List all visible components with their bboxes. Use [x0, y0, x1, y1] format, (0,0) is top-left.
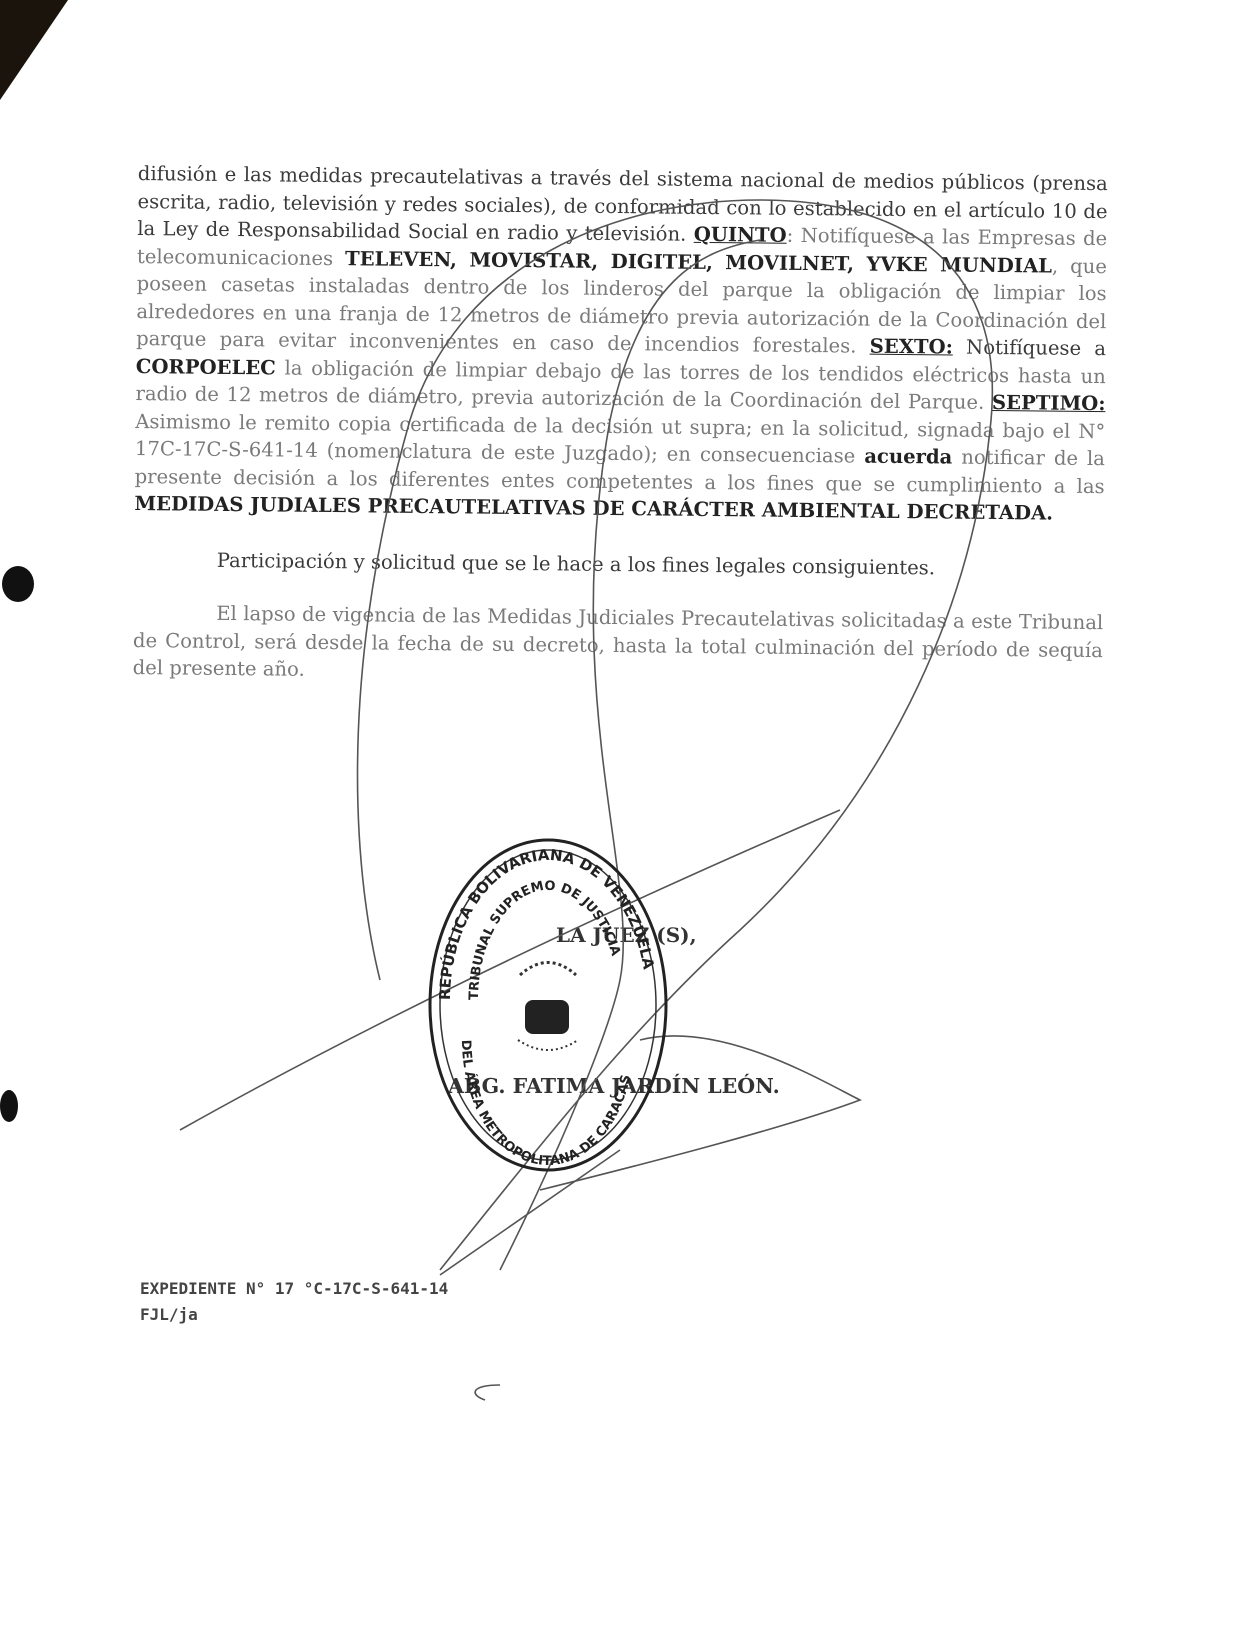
corpoelec-name: CORPOELEC [136, 354, 276, 378]
punch-hole-top [2, 566, 34, 602]
document-body: difusión e las medidas precautelativas a… [133, 160, 1108, 692]
judge-name: ABG. FATIMA JARDÍN LEÓN. [448, 1074, 780, 1098]
medidas-decretadas: MEDIDAS JUDIALES PRECAUTELATIVAS DE CARÁ… [134, 492, 1053, 525]
paragraph-lapso: El lapso de vigencia de las Medidas Judi… [133, 599, 1104, 692]
coat-of-arms-icon [518, 963, 578, 1051]
paragraph-resolution: difusión e las medidas precautelativas a… [134, 160, 1108, 528]
paragraph-participacion: Participación y solicitud que se le hace… [134, 545, 1104, 583]
companies-list: TELEVEN, MOVISTAR, DIGITEL, MOVILNET, YV… [345, 247, 1052, 277]
expediente-number: EXPEDIENTE N° 17 °C-17C-S-641-14 [140, 1276, 448, 1302]
punch-hole-bottom [0, 1090, 18, 1122]
acuerda-word: acuerda [864, 445, 952, 469]
svg-text:DEL ÁREA METROPOLITANA DE CARA: DEL ÁREA METROPOLITANA DE CARACAS [458, 1040, 634, 1170]
septimo-label: SEPTIMO: [992, 391, 1106, 415]
quinto-label: QUINTO [694, 223, 787, 247]
sexto-label: SEXTO: [870, 335, 953, 359]
document-footer: EXPEDIENTE N° 17 °C-17C-S-641-14 FJL/ja [140, 1276, 448, 1328]
court-stamp: REPÚBLICA BOLIVARIANA DE VENEZUELA TRIBU… [430, 840, 666, 1170]
scan-corner-shadow [0, 0, 68, 100]
judge-title: LA JUEZ (S), [556, 923, 697, 947]
typist-initials: FJL/ja [140, 1302, 448, 1328]
